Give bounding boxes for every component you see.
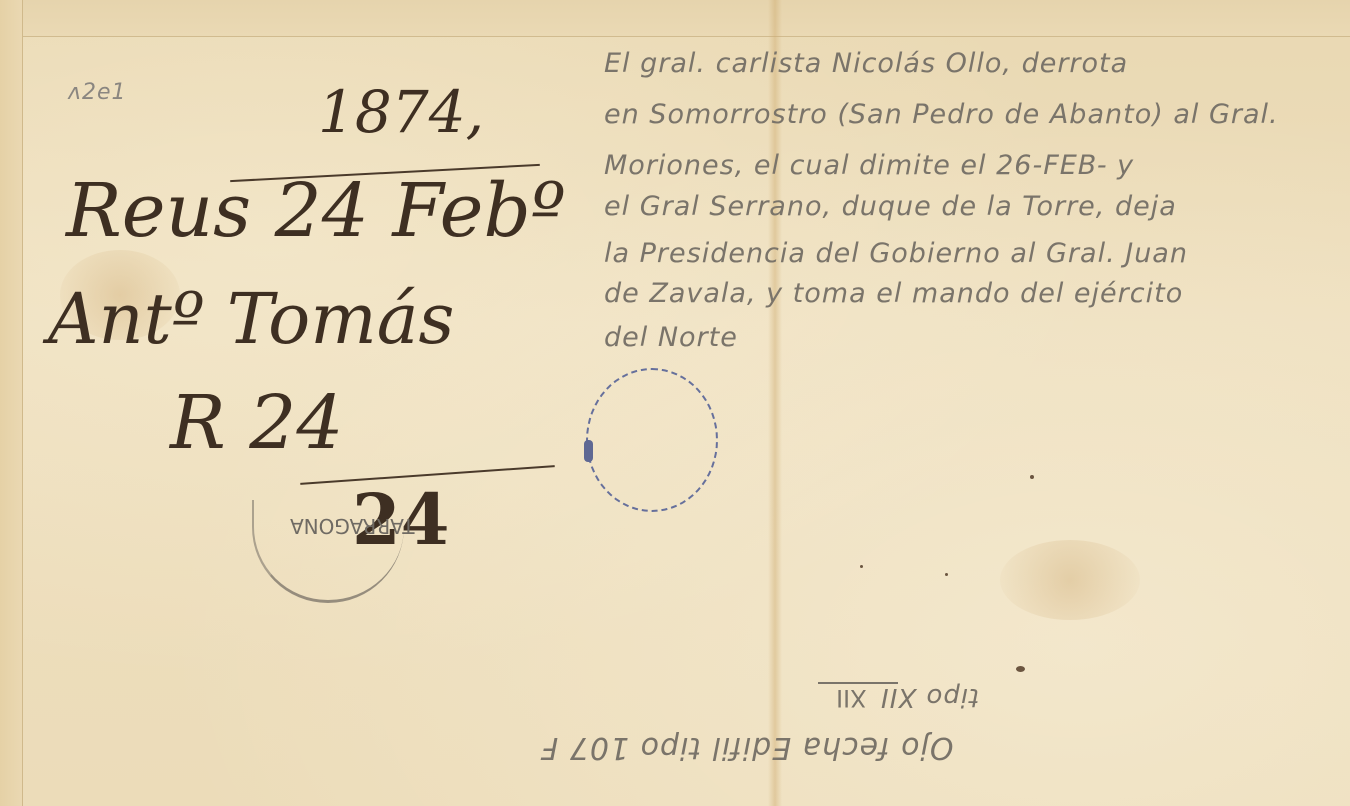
top-fold-band (0, 0, 1350, 37)
origin-date-line: Reus 24 Febº (66, 168, 566, 254)
ink-speck (1016, 666, 1025, 672)
annotation-line: de Zavala, y toma el mando del ejército (604, 278, 1183, 309)
annotation-line: el Gral Serrano, duque de la Torre, deja (604, 191, 1177, 222)
annotation-line: la Presidencia del Gobierno al Gral. Jua… (604, 238, 1188, 269)
annotation-line: del Norte (604, 322, 738, 353)
upside-down-pencil-note: Ojo fecha Edifil tipo 107 F (540, 730, 953, 765)
blue-circular-postmark (586, 368, 718, 512)
foxing-stain (1000, 540, 1140, 620)
roman-numeral: XII (836, 684, 867, 712)
annotation-line: El gral. carlista Nicolás Ollo, derrota (604, 48, 1128, 79)
left-fold-edge (0, 0, 23, 806)
roman-numeral-box: XII (818, 682, 898, 718)
annotation-line: en Somorrostro (San Pedro de Abanto) al … (604, 99, 1279, 130)
blue-ink-blot (584, 440, 593, 462)
ink-speck (945, 573, 948, 576)
year-inscription: 1874, (318, 78, 484, 146)
ink-speck (860, 565, 863, 568)
sender-name-line: Antº Tomás (48, 278, 454, 360)
annotation-line: Moriones, el cual dimite el 26-FEB- y (604, 150, 1134, 181)
ink-speck (1030, 475, 1034, 479)
receipt-mark-line: R 24 (170, 380, 343, 466)
pencil-reference-code: ʌ2e1 (68, 80, 127, 105)
gray-postmark-text: TARRAGONA (290, 514, 415, 538)
